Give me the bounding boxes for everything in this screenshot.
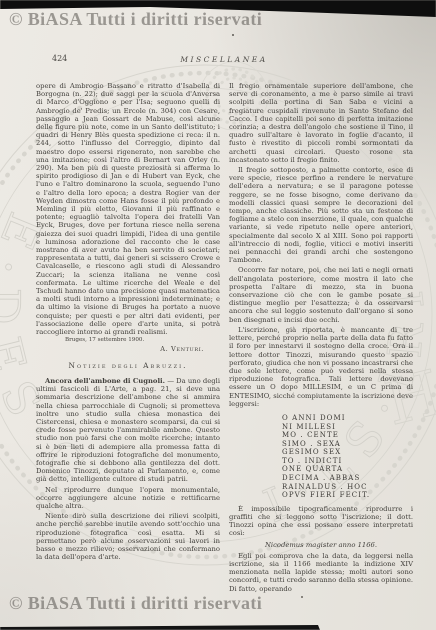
right-paragraph-6: Egli poi comprova che la data, da legger… (229, 552, 413, 593)
copyright-watermark-bottom: © BiASA Tutti i diritti riservati (9, 593, 262, 614)
inscription-line: ONE QUARTA (282, 465, 360, 474)
scanned-journal-page: E·DES·C I·LS·IRI H © BiASA Tutti i dirit… (0, 0, 436, 630)
inscription-line: GESIMO SEX (282, 448, 360, 457)
text-block: opere di Ambrogio Bassano e ritratto d'I… (36, 82, 414, 593)
graffito-line: Nicodemus magister anno 1166. (229, 541, 413, 549)
inscription-block: O ANNI DOMI NI MILLESI MO . CENTE SIMO .… (282, 414, 360, 500)
left-paragraph-3: Niente dirò sulla descrizione dei riliev… (36, 512, 220, 561)
scan-bottom-edge (0, 624, 436, 630)
copyright-watermark-top: © BiASA Tutti i diritti riservati (9, 9, 262, 30)
author-signature: A. Venturi. (36, 345, 220, 353)
right-paragraph-3: Occorre far notare, poi, che nei lati e … (229, 266, 413, 323)
article-lead-paragraph: Ancora dell'ambone di Cugnoli. — Da uno … (36, 377, 220, 484)
article-title: Ancora dell'ambone di Cugnoli. (45, 377, 165, 385)
inscription-line: SIMO . SEXA (282, 440, 360, 449)
continuation-paragraph: opere di Ambrogio Bassano e ritratto d'I… (36, 82, 220, 336)
right-paragraph-1: Il fregio ornamentale superiore dell'amb… (229, 82, 413, 164)
scan-speck (301, 596, 303, 598)
inscription-line: O ANNI DOMI (282, 414, 360, 423)
left-paragraph-2: Nel riprodurre dunque l'opera monumental… (36, 486, 220, 511)
left-column: opere di Ambrogio Bassano e ritratto d'I… (36, 82, 220, 593)
inscription-line: TO . INDICTI (282, 457, 360, 466)
inscription-line: DECIMA . ABBAS (282, 474, 360, 483)
inscription-line: OPVS FIERI FECIT. (282, 491, 360, 500)
right-paragraph-4: L'iscrizione, già riportata, è mancante … (229, 326, 413, 408)
right-column: Il fregio ornamentale superiore dell'amb… (229, 82, 413, 593)
inscription-line: RAINALDUS . HOC (282, 483, 360, 492)
inscription-line: NI MILLESI (282, 423, 360, 432)
running-title: MISCELLANEA (36, 55, 412, 64)
right-paragraph-2: Il fregio sottoposto, a palmette contort… (229, 166, 413, 264)
dateline: Bruges, 17 settembre 1900. (36, 336, 220, 344)
scan-speck (232, 34, 234, 36)
section-heading: Notizie degli Abruzzi. (36, 362, 220, 370)
right-paragraph-5: È impossibile tipograficamente riprodurr… (229, 505, 413, 538)
article-lead-text: — Da uno degli ultimi fascicoli di L'Art… (36, 377, 220, 483)
inscription-line: MO . CENTE (282, 431, 360, 440)
